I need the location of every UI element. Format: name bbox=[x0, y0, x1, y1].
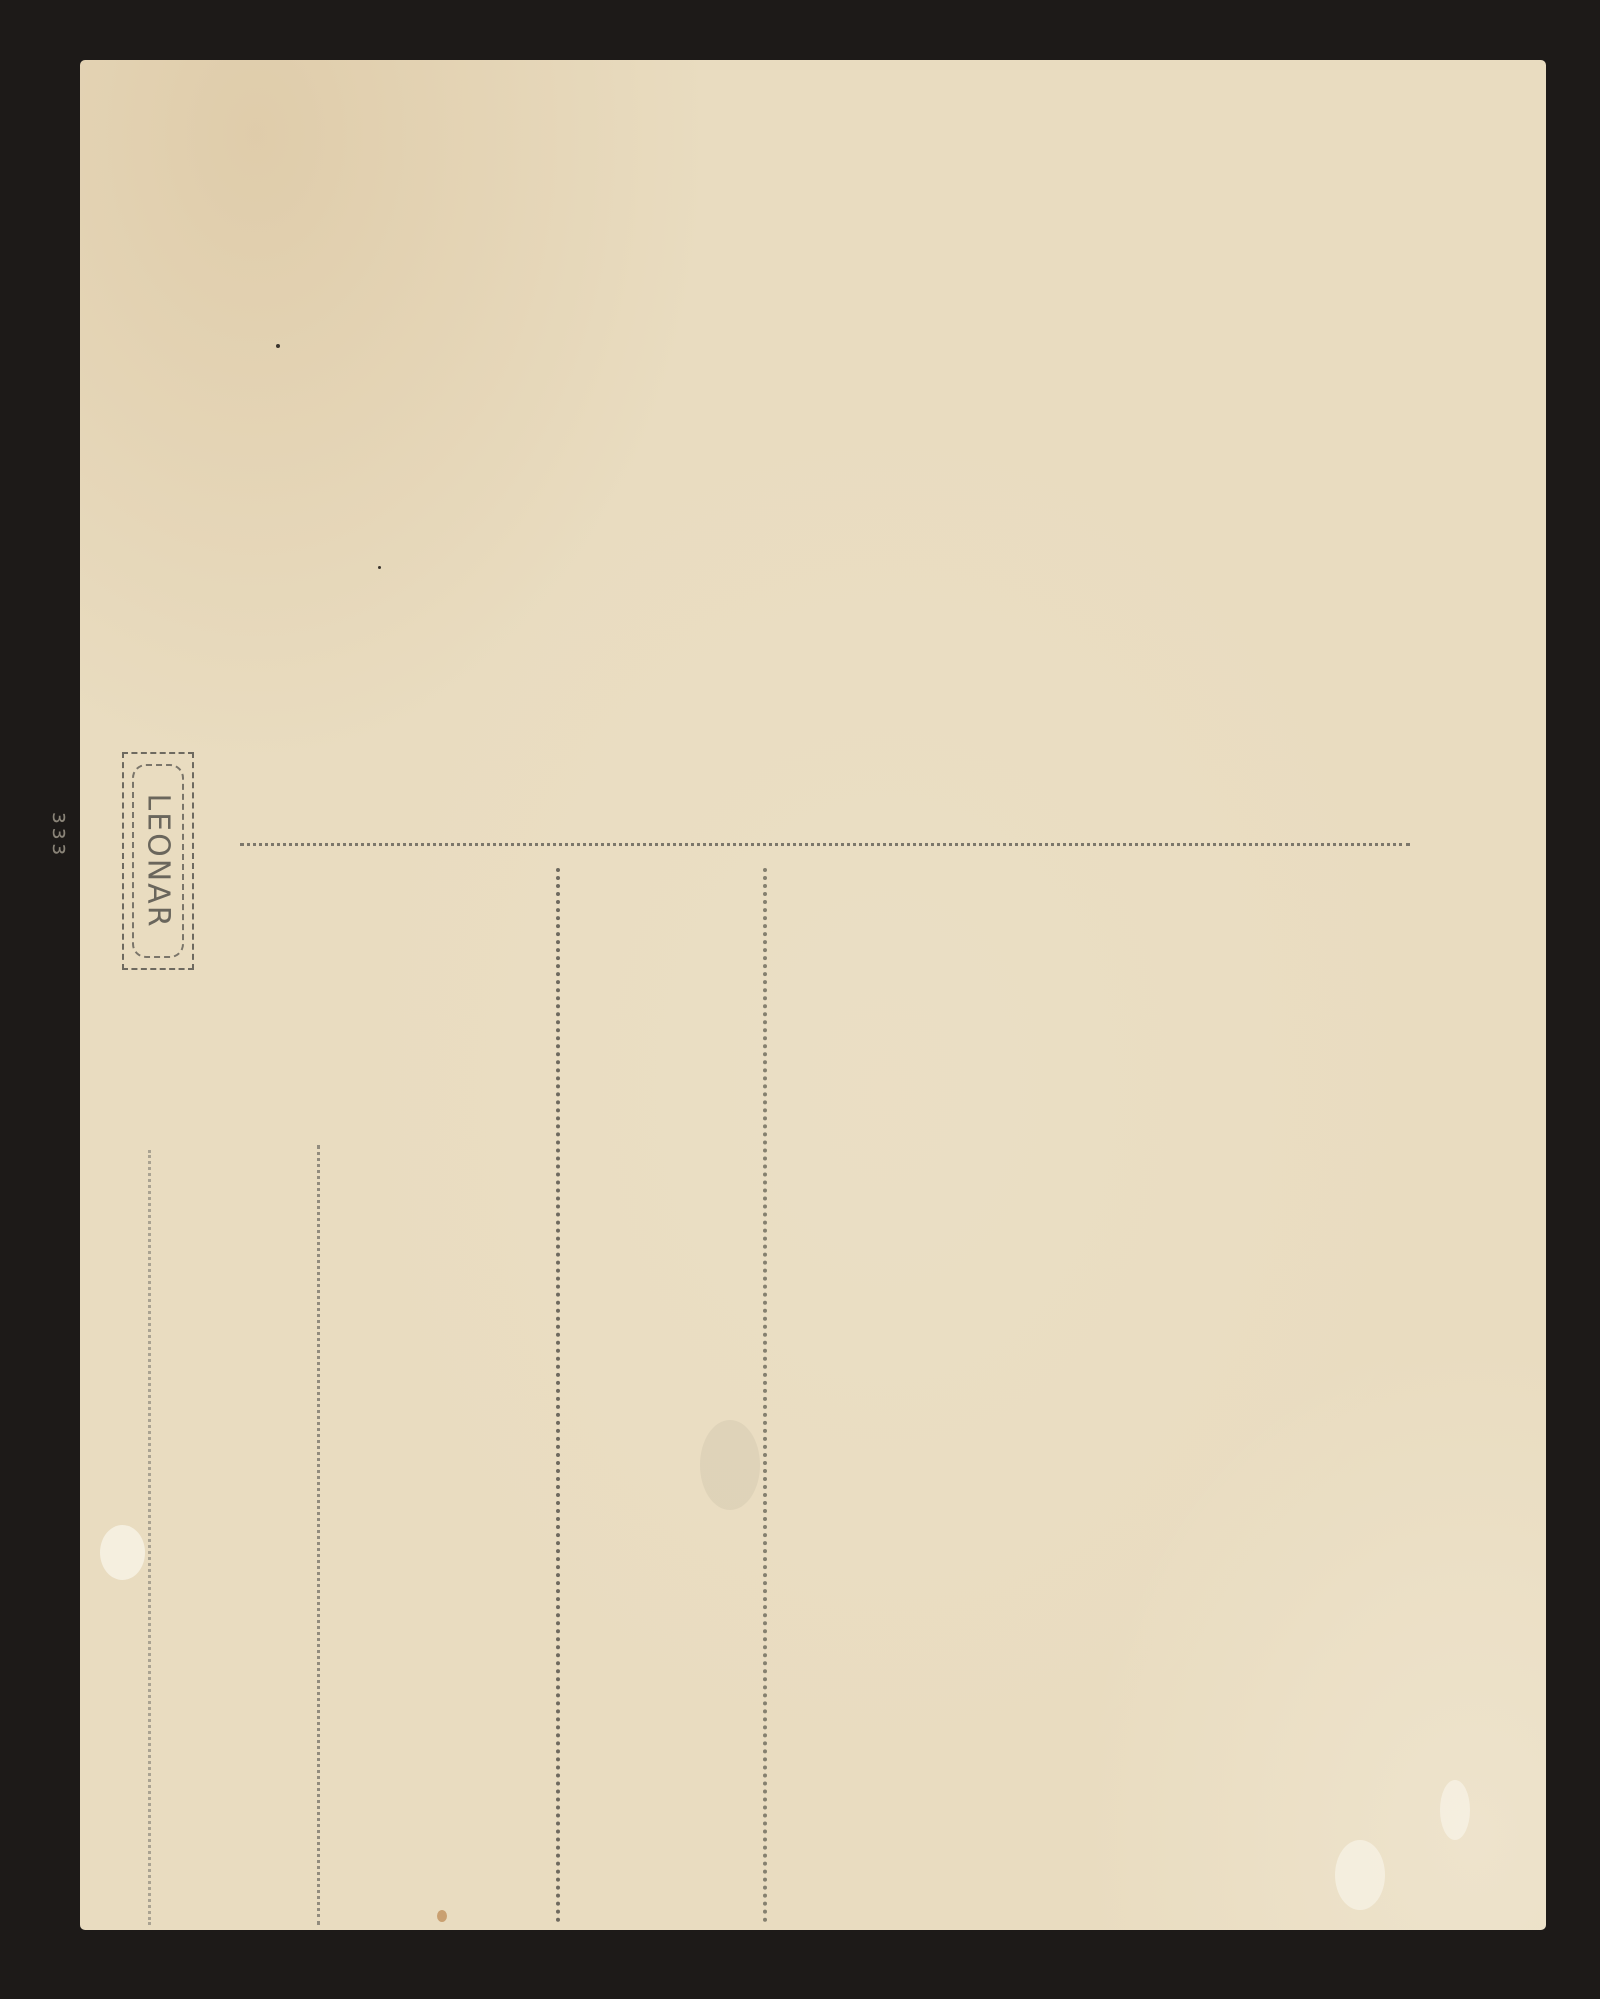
vertical-divider-center-right bbox=[763, 868, 767, 1923]
vertical-text-line-far-left bbox=[148, 1150, 151, 1925]
stamp-box: LEONAR bbox=[122, 752, 194, 970]
handwritten-mark: ɜɜɜ bbox=[47, 812, 72, 859]
rust-spot bbox=[437, 1910, 447, 1922]
stamp-label: LEONAR bbox=[141, 793, 176, 928]
ink-speck bbox=[378, 566, 381, 569]
pencil-smudge bbox=[700, 1420, 760, 1510]
postcard-back bbox=[80, 60, 1546, 1930]
vertical-divider-center bbox=[556, 868, 560, 1923]
horizontal-divider bbox=[240, 843, 1410, 846]
ink-speck bbox=[276, 344, 280, 348]
paper-stain bbox=[1440, 1780, 1470, 1840]
paper-stain bbox=[1335, 1840, 1385, 1910]
paper-stain bbox=[100, 1525, 145, 1580]
vertical-text-line-left bbox=[317, 1145, 320, 1925]
